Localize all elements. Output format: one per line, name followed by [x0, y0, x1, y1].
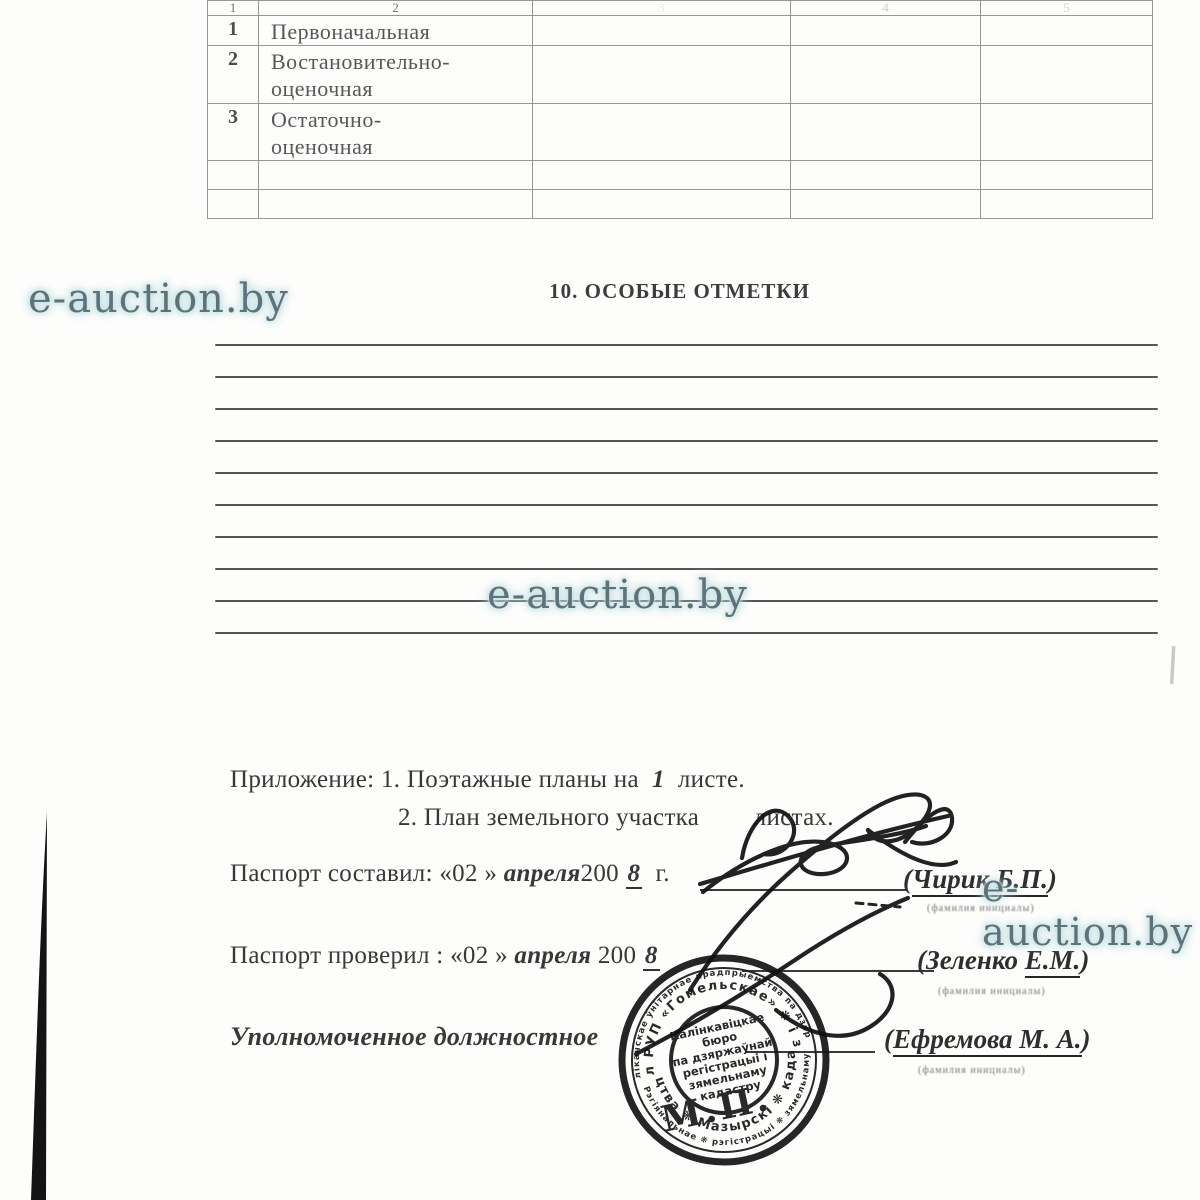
table-row: 3 Остаточно-оценочная [208, 104, 1153, 161]
row-label: Востановительно-оценочная [259, 46, 533, 104]
signature-line [700, 889, 906, 891]
valuation-table: 1 2 3 4 5 1 Первоначальная 2 Востановите… [207, 0, 1153, 219]
blank-line [215, 472, 1158, 474]
column-number: 4 [791, 1, 981, 16]
table-row-empty [208, 190, 1153, 219]
composed-month: апреля [504, 860, 581, 887]
composed-era: г. [655, 860, 669, 887]
attachment-1-suffix: листе. [678, 766, 745, 793]
watermark: e-auction.by [982, 866, 1200, 954]
signature-composed [703, 826, 926, 892]
column-number: 5 [981, 1, 1153, 16]
blank-line [215, 536, 1158, 538]
checked-line: Паспорт проверил : «02 » апреля 200 8 [230, 942, 660, 970]
document-page: 1 2 3 4 5 1 Первоначальная 2 Востановите… [0, 0, 1200, 1200]
table-row-empty [208, 161, 1153, 190]
official-name: (Ефремова М. А.) [884, 1024, 1091, 1055]
column-number: 3 [533, 1, 791, 16]
paren: ( [884, 1024, 893, 1054]
row-number: 2 [208, 46, 259, 104]
row-label: Остаточно-оценочная [259, 104, 533, 161]
blank-line [215, 632, 1158, 634]
signature-checked [868, 830, 956, 865]
attachment-line-2: 2. План земельного участка листах. [398, 804, 834, 832]
official-label: Уполномоченное должностное [230, 1022, 599, 1051]
section-title: 10. ОСОБЫЕ ОТМЕТКИ [207, 279, 1152, 304]
watermark: e-auction.by [28, 276, 289, 322]
attachment-1-count: 1 [652, 766, 665, 793]
table-row: 1 Первоначальная [208, 16, 1153, 46]
signature-composed [905, 809, 952, 843]
table-row: 2 Востановительно-оценочная [208, 46, 1153, 104]
official-line: Уполномоченное должностное [230, 1022, 599, 1052]
blank-line [215, 504, 1158, 506]
round-stamp: Рэспубліканскае ўнітарнае прадпрыемства … [609, 945, 839, 1170]
blank-line [215, 344, 1158, 346]
composed-line: Паспорт составил: «02 » апреля200 8 г. [230, 860, 670, 888]
composed-year-digit: 8 [626, 860, 643, 889]
checked-label: Паспорт проверил : «02 » [230, 942, 508, 969]
row-label: Первоначальная [259, 16, 533, 46]
column-number: 1 [208, 1, 259, 16]
name-text: Ефремова М. А. [893, 1024, 1082, 1057]
scan-artifact-strip [31, 812, 47, 1200]
row-number: 1 [208, 16, 259, 46]
attachment-2-suffix: листах. [754, 804, 834, 831]
checked-month: апреля [514, 942, 591, 969]
column-number: 2 [259, 1, 533, 16]
table-header-number-row: 1 2 3 4 5 [208, 1, 1153, 16]
blank-line [215, 376, 1158, 378]
composed-label: Паспорт составил: «02 » [230, 860, 497, 887]
paren: ( [903, 864, 912, 894]
blank-line [215, 408, 1158, 410]
paren: ) [1082, 1024, 1091, 1054]
name-caption: (фамилия инициалы) [938, 986, 1046, 997]
composed-year: 200 [581, 860, 619, 887]
blank-line [215, 440, 1158, 442]
watermark: e-auction.by [487, 572, 748, 618]
blank-line [215, 568, 1158, 570]
signature-dashes [856, 903, 900, 907]
name-caption: (фамилия инициалы) [918, 1065, 1026, 1076]
attachment-1-label: Приложение: 1. Поэтажные планы на [230, 766, 639, 793]
attachment-2-label: 2. План земельного участка [398, 804, 699, 831]
row-number: 3 [208, 104, 259, 161]
attachment-line-1: Приложение: 1. Поэтажные планы на 1 лист… [230, 766, 745, 794]
scan-smudge [1170, 646, 1175, 684]
